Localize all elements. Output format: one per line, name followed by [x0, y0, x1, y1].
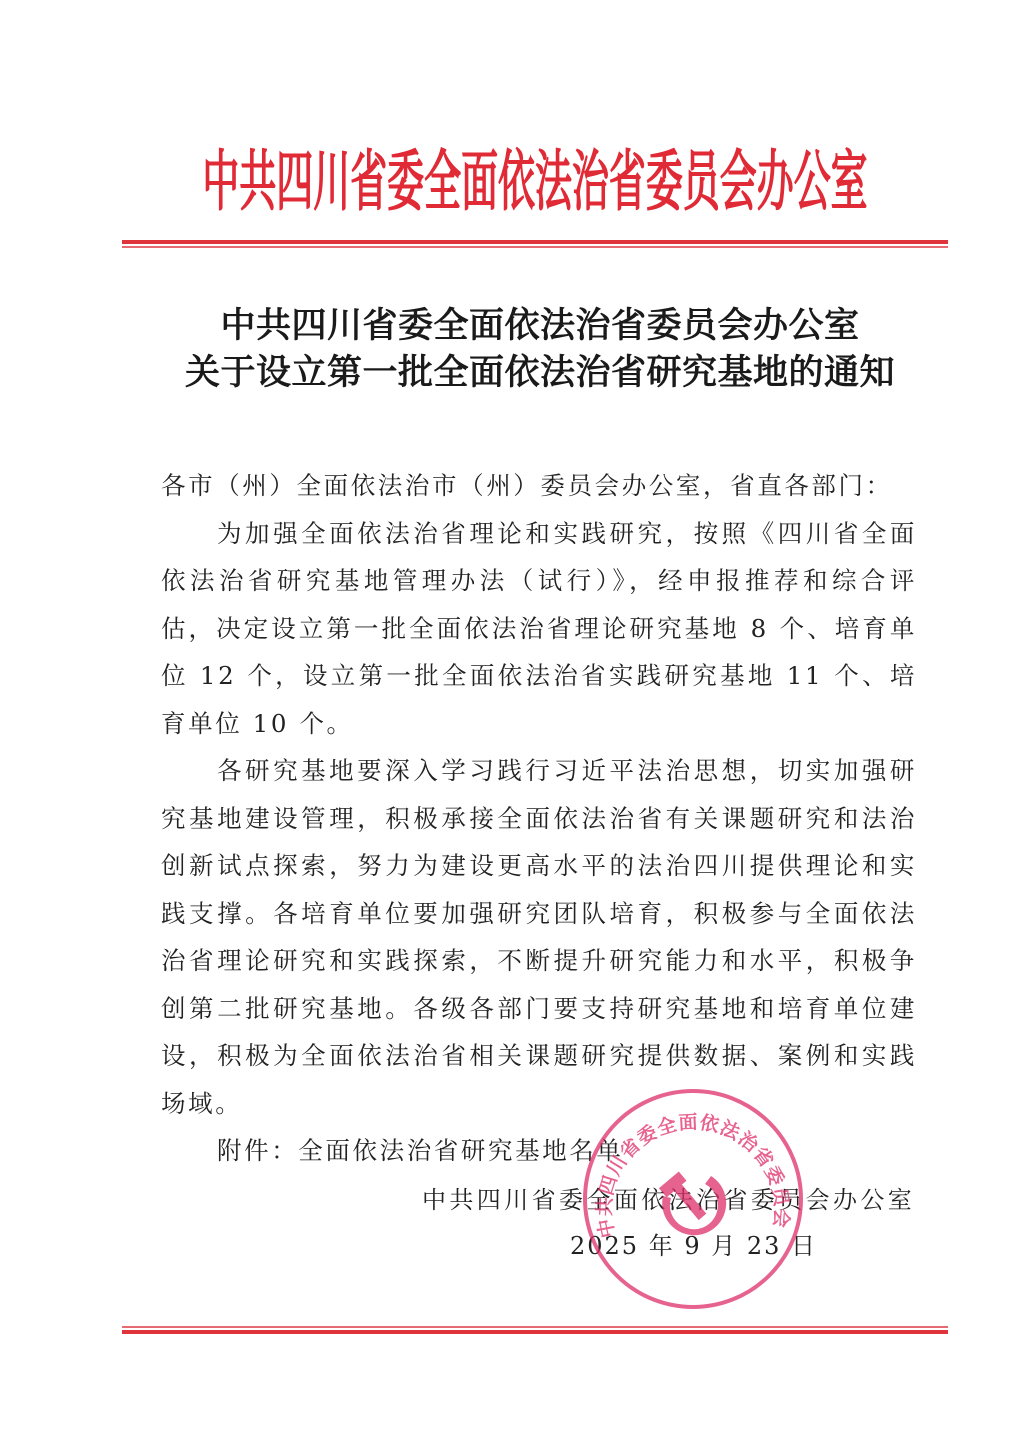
body-paragraph-2: 各研究基地要深入学习践行习近平法治思想，切实加强研究基地建设管理，积极承接全面依…: [161, 747, 917, 1127]
masthead: 中共四川省委全面依法治省委员会办公室: [122, 140, 948, 224]
header-divider-thin: [122, 246, 948, 248]
body-paragraph-1: 为加强全面依法治省理论和实践研究，按照《四川省全面依法治省研究基地管理办法（试行…: [161, 510, 917, 748]
document-body: 各市（州）全面依法治市（州）委员会办公室，省直各部门： 为加强全面依法治省理论和…: [161, 462, 917, 1175]
attachment-note: 附件：全面依法治省研究基地名单: [161, 1127, 917, 1175]
document-title: 中共四川省委全面依法治省委员会办公室 关于设立第一批全面依法治省研究基地的通知: [150, 302, 930, 396]
document-title-line-2: 关于设立第一批全面依法治省研究基地的通知: [150, 349, 930, 396]
footer-divider-thick: [122, 1330, 948, 1334]
header-divider: [122, 240, 948, 248]
signing-organization: 中共四川省委全面依法治省委员会办公室: [422, 1180, 915, 1215]
masthead-title: 中共四川省委全面依法治省委员会办公室: [202, 140, 867, 224]
footer-divider: [122, 1326, 948, 1334]
signing-date: 2025 年 9 月 23 日: [570, 1226, 817, 1261]
document-title-line-1: 中共四川省委全面依法治省委员会办公室: [150, 302, 930, 349]
salutation: 各市（州）全面依法治市（州）委员会办公室，省直各部门：: [161, 462, 917, 510]
